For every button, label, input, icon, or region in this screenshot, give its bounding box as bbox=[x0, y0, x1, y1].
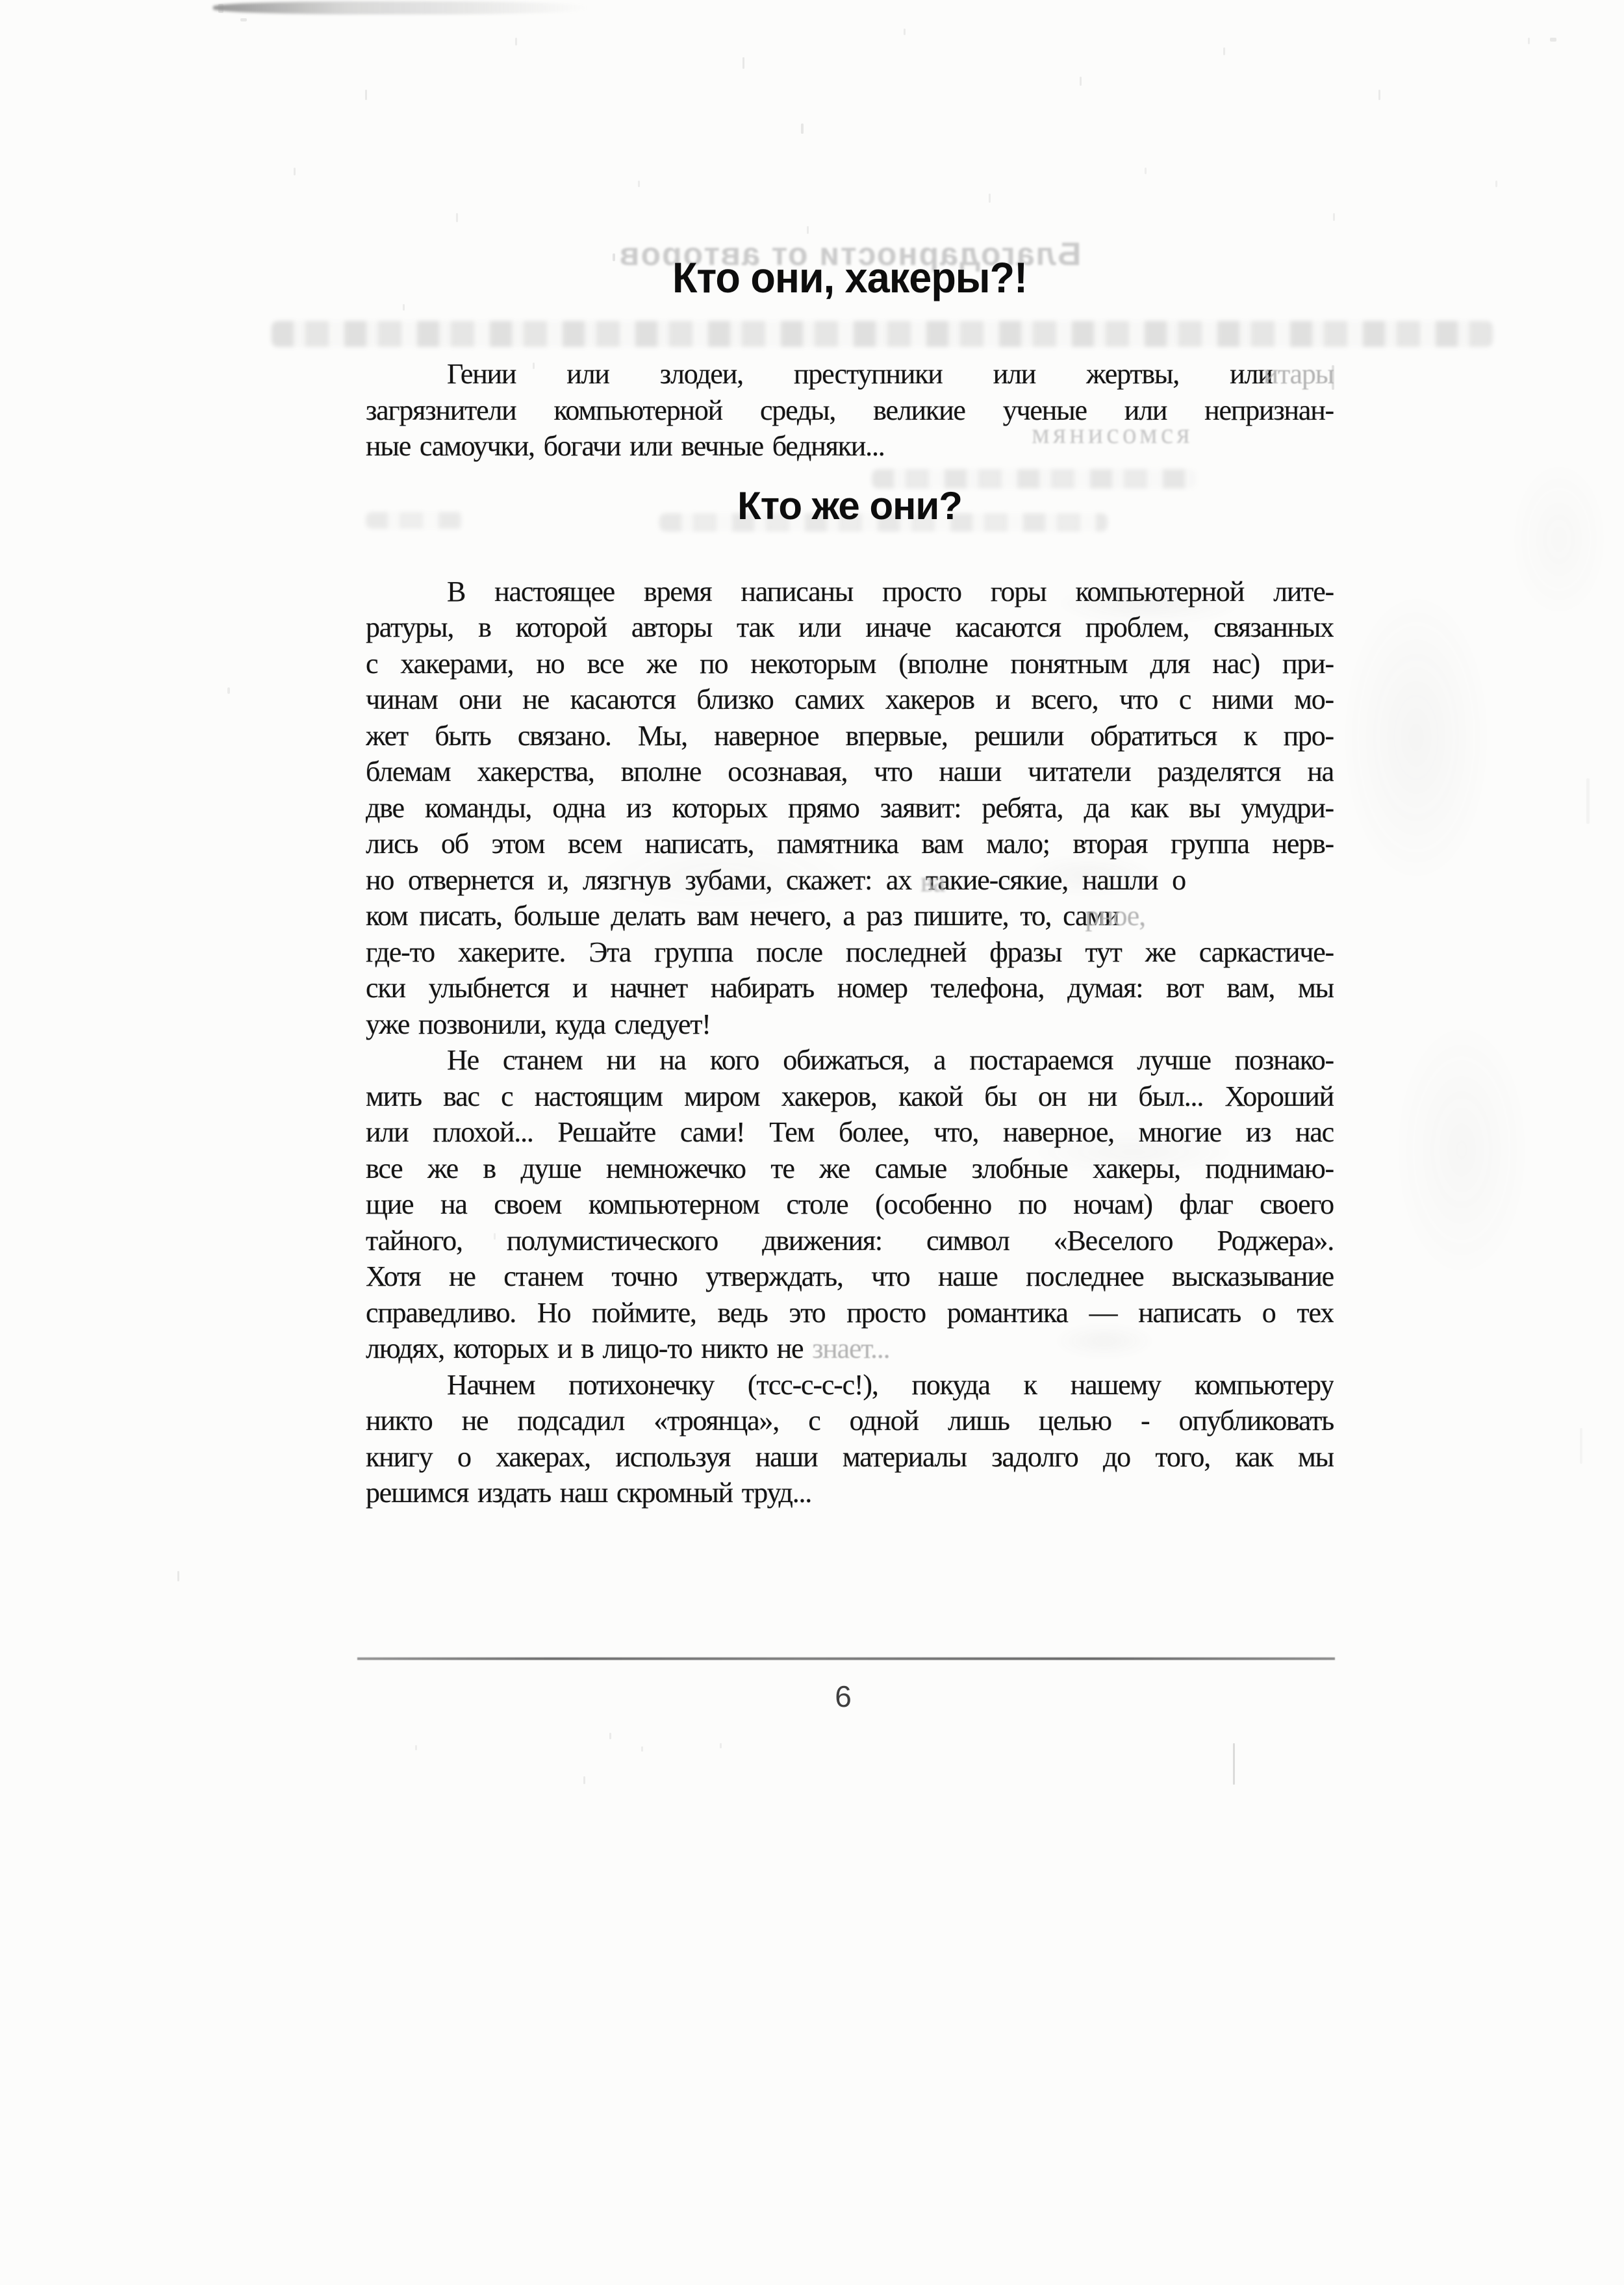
text-line: книгу о хакерах, используя наши материал… bbox=[366, 1439, 1334, 1475]
text-line: справедливо. Но поймите, ведь это просто… bbox=[366, 1295, 1334, 1331]
scan-noise bbox=[1080, 77, 1082, 86]
scan-shading bbox=[1052, 1324, 1156, 1358]
text-line: мить вас с настоящим миром хакеров, како… bbox=[366, 1079, 1334, 1115]
text-segment: Хотя не станем точно утверждать, что наш… bbox=[366, 1260, 1334, 1292]
scan-noise bbox=[1378, 90, 1380, 100]
text-line: ком писать, больше делать вам нечего, а … bbox=[366, 898, 1334, 934]
scan-noise bbox=[720, 1743, 722, 1748]
text-segment: блемам хакерства, вполне осознавая, что … bbox=[366, 756, 1334, 787]
section-main: В настоящее время написаны просто горы к… bbox=[366, 574, 1334, 1511]
text-line: никто не подсадил «троянца», с одной лиш… bbox=[366, 1403, 1334, 1439]
scan-noise bbox=[1580, 1428, 1582, 1464]
page-title: Кто они, хакеры?! bbox=[366, 254, 1334, 303]
scan-noise bbox=[1223, 47, 1225, 55]
scan-noise bbox=[240, 18, 247, 21]
bleedthrough-line bbox=[272, 321, 1493, 347]
paragraph-intro: Гении или злодеи, преступники или жертвы… bbox=[366, 356, 1334, 465]
text-segment: тава bbox=[926, 864, 950, 896]
scan-noise bbox=[1495, 181, 1497, 187]
scanned-book-page: Благодарности от авторов Кто они, хакеры… bbox=[0, 0, 1624, 2285]
scan-shading bbox=[1338, 585, 1494, 890]
text-segment: уже позвонили, куда следует! bbox=[366, 1008, 711, 1040]
text-line: загрязнители компьютерной среды, великие… bbox=[366, 392, 1334, 429]
scan-shading bbox=[1026, 1129, 1241, 1175]
text-column: Гении или злодеи, преступники или жертвы… bbox=[366, 356, 1334, 1511]
text-segment: загрязнители компьютерной среды, великие… bbox=[366, 394, 1334, 426]
scan-shading bbox=[585, 838, 857, 916]
paragraph-main-2: Не станем ни на кого обижаться, а постар… bbox=[366, 1042, 1334, 1367]
scan-noise bbox=[613, 253, 615, 261]
page-number: 6 bbox=[366, 1679, 1321, 1714]
text-segment: жет быть связано. Мы, наверное впервые, … bbox=[366, 720, 1334, 752]
scan-noise bbox=[227, 687, 230, 694]
paragraph-main-1: В настоящее время написаны просто горы к… bbox=[366, 574, 1334, 1043]
scan-noise bbox=[1586, 778, 1590, 824]
text-line: ные самоучки, богачи или вечные бедняки.… bbox=[366, 428, 1334, 465]
text-segment: с хакерами, но все же по некоторым (впол… bbox=[366, 648, 1334, 680]
text-segment: ски улыбнется и начнет набирать номер те… bbox=[366, 972, 1334, 1004]
bleedthrough-fragment: знает... bbox=[812, 1333, 889, 1364]
text-segment: чинам они не касаются близко самих хакер… bbox=[366, 683, 1334, 715]
text-segment: никто не подсадил «троянца», с одной лиш… bbox=[366, 1405, 1334, 1436]
text-line: Гении или злодеи, преступники или жертвы… bbox=[366, 356, 1334, 392]
scan-noise bbox=[641, 1746, 643, 1752]
text-line: жет быть связано. Мы, наверное впервые, … bbox=[366, 718, 1334, 754]
scan-noise bbox=[1550, 38, 1556, 42]
text-line: щие на своем компьютерном столе (особенн… bbox=[366, 1186, 1334, 1223]
scan-noise bbox=[494, 1233, 496, 1240]
text-line: где-то хакерите. Эта группа после послед… bbox=[366, 934, 1334, 971]
text-line: тайного, полумистического движения: симв… bbox=[366, 1223, 1334, 1259]
section-heading: Кто же они? bbox=[366, 486, 1334, 526]
text-segment: Гении или злодеи, преступники или жертвы… bbox=[447, 358, 1273, 390]
text-line: чинам они не касаются близко самих хакер… bbox=[366, 682, 1334, 718]
scan-noise bbox=[1145, 168, 1147, 174]
text-segment: решимся издать наш скромный труд... bbox=[366, 1477, 811, 1509]
text-line: уже позвонили, куда следует! bbox=[366, 1006, 1334, 1043]
text-line: людях, которых и в лицо-то никто не знае… bbox=[366, 1331, 1334, 1367]
scan-noise bbox=[1233, 1743, 1235, 1785]
scan-shading bbox=[1052, 583, 1247, 624]
scan-noise bbox=[1332, 365, 1334, 390]
text-line: с хакерами, но все же по некоторым (впол… bbox=[366, 646, 1334, 682]
text-segment: две команды, одна из которых прямо заяви… bbox=[366, 792, 1334, 824]
bleedthrough-fragment: ва bbox=[920, 864, 945, 899]
scan-noise bbox=[801, 123, 804, 134]
scan-noise bbox=[609, 1733, 611, 1739]
scan-noise bbox=[989, 194, 991, 203]
scan-noise bbox=[807, 226, 809, 234]
text-segment: Не станем ни на кого обижаться, а постар… bbox=[447, 1044, 1334, 1076]
scan-shading bbox=[1390, 1014, 1533, 1286]
bleedthrough-fragment: итары bbox=[1263, 358, 1334, 390]
scan-noise bbox=[403, 304, 405, 311]
text-line: Не станем ни на кого обижаться, а постар… bbox=[366, 1042, 1334, 1079]
text-segment: мить вас с настоящим миром хакеров, како… bbox=[366, 1080, 1334, 1112]
text-segment: лись об этом всем написать, памятника ва… bbox=[366, 828, 1334, 860]
scan-noise bbox=[218, 4, 223, 13]
scan-noise bbox=[365, 90, 367, 100]
scan-noise bbox=[415, 1745, 417, 1750]
scan-noise bbox=[456, 213, 458, 222]
text-line: Начнем потихонечку (тсс-с-с-с!), покуда … bbox=[366, 1367, 1334, 1403]
text-line: решимся издать наш скромный труд... bbox=[366, 1475, 1334, 1511]
scan-noise bbox=[904, 29, 906, 35]
text-line: ски улыбнется и начнет набирать номер те… bbox=[366, 970, 1334, 1006]
scan-noise bbox=[294, 168, 296, 175]
text-segment: Начнем потихонечку (тсс-с-с-с!), покуда … bbox=[447, 1369, 1334, 1401]
text-segment: где-то хакерите. Эта группа после послед… bbox=[366, 936, 1334, 968]
text-segment: книгу о хакерах, используя наши материал… bbox=[366, 1441, 1334, 1473]
scan-noise bbox=[533, 363, 535, 369]
scan-noise bbox=[638, 181, 640, 187]
bleedthrough-fragment: рное, bbox=[1085, 900, 1145, 932]
scan-streak bbox=[213, 1, 589, 14]
text-line: Хотя не станем точно утверждать, что наш… bbox=[366, 1258, 1334, 1295]
section-intro: Гении или злодеи, преступники или жертвы… bbox=[366, 356, 1334, 465]
text-segment: ные самоучки, богачи или вечные бедняки.… bbox=[366, 430, 885, 462]
scan-noise bbox=[515, 38, 517, 45]
scan-noise bbox=[177, 1571, 179, 1581]
footer-rule bbox=[357, 1657, 1335, 1660]
text-segment: людях, которых и в лицо-то никто не bbox=[366, 1333, 812, 1364]
scan-noise bbox=[1528, 38, 1530, 44]
text-segment: тайного, полумистического движения: симв… bbox=[366, 1225, 1334, 1257]
scan-noise bbox=[583, 1776, 585, 1784]
scan-shading bbox=[1020, 854, 1156, 896]
scan-noise bbox=[742, 57, 744, 69]
text-line: лись об этом всем написать, памятника ва… bbox=[366, 826, 1334, 862]
scan-noise bbox=[1333, 213, 1335, 221]
scan-shading bbox=[1507, 455, 1611, 624]
text-segment: справедливо. Но поймите, ведь это просто… bbox=[366, 1297, 1334, 1329]
text-line: две команды, одна из которых прямо заяви… bbox=[366, 790, 1334, 826]
text-segment: щие на своем компьютерном столе (особенн… bbox=[366, 1188, 1334, 1220]
paragraph-main-3: Начнем потихонечку (тсс-с-с-с!), покуда … bbox=[366, 1367, 1334, 1511]
text-line: блемам хакерства, вполне осознавая, что … bbox=[366, 754, 1334, 790]
